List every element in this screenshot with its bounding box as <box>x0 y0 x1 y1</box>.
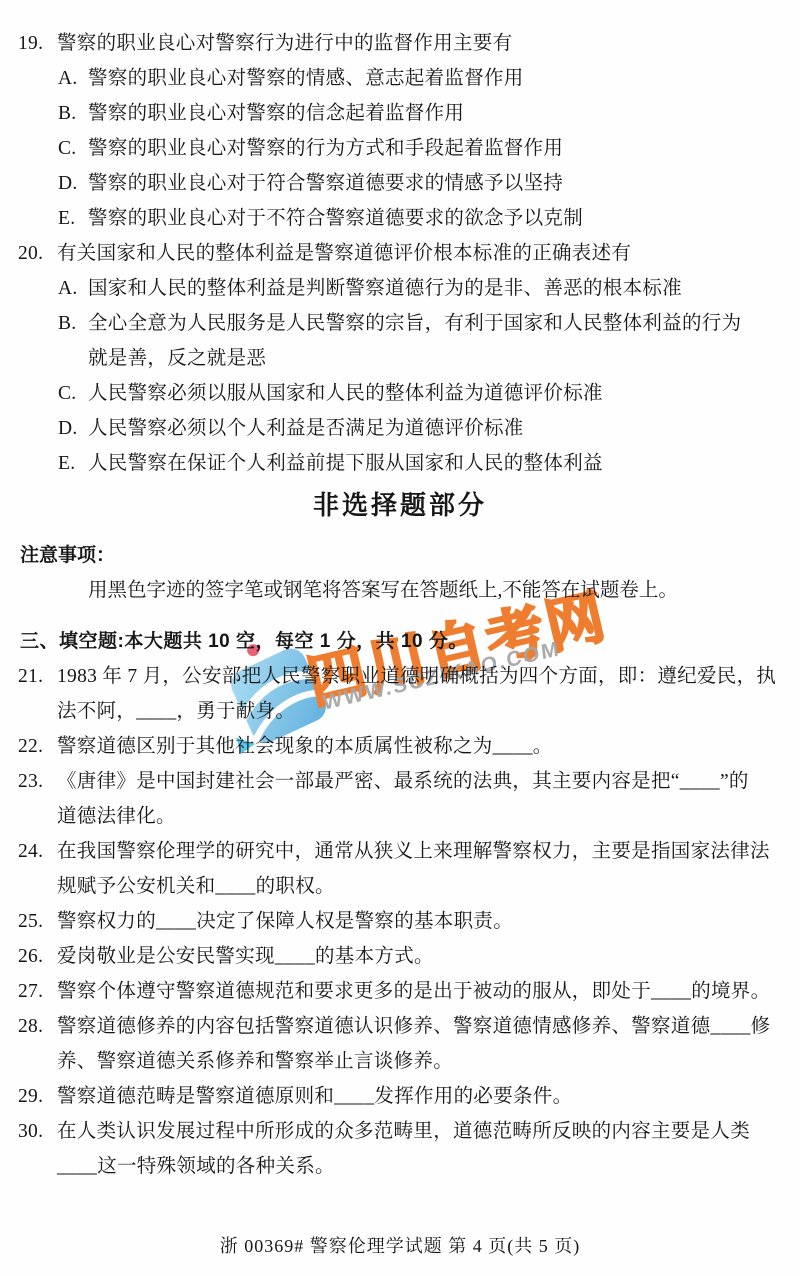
option-text: 警察的职业良心对警察的情感、意志起着监督作用 <box>88 61 524 96</box>
question-number: 22. <box>18 729 57 764</box>
option-line: D.警察的职业良心对于符合警察道德要求的情感予以坚持 <box>0 166 800 201</box>
question-text: 《唐律》是中国封建社会一部最严密、最系统的法典，其主要内容是把“____”的 <box>57 764 749 799</box>
question-number: 27. <box>18 974 57 1009</box>
question-text: 警察权力的____决定了保障人权是警察的基本职责。 <box>57 904 513 939</box>
option-letter: B. <box>58 96 88 131</box>
option-letter: B. <box>58 306 88 341</box>
question-line: 29.警察道德范畴是警察道德原则和____发挥作用的必要条件。 <box>0 1079 800 1114</box>
continuation-line: 养、警察道德关系修养和警察举止言谈修养。 <box>0 1044 800 1079</box>
option-text: 国家和人民的整体利益是判断警察道德行为的是非、善恶的根本标准 <box>88 271 682 306</box>
question-line: 27.警察个体遵守警察道德规范和要求更多的是出于被动的服从，即处于____的境界… <box>0 974 800 1009</box>
question-text: 警察道德修养的内容包括警察道德认识修养、警察道德情感修养、警察道德____修 <box>57 1009 770 1044</box>
option-letter: D. <box>58 411 88 446</box>
question-text: 爱岗敬业是公安民警实现____的基本方式。 <box>57 939 434 974</box>
question-line: 25.警察权力的____决定了保障人权是警察的基本职责。 <box>0 904 800 939</box>
continuation-text: ____这一特殊领域的各种关系。 <box>57 1149 335 1184</box>
exam-paper-page: 四川自考网 WWW.SCZIKAO.COM 19.警察的职业良心对警察行为进行中… <box>0 0 800 1276</box>
question-line: 22.警察道德区别于其他社会现象的本质属性被称之为____。 <box>0 729 800 764</box>
option-letter: C. <box>58 376 88 411</box>
option-line: E.警察的职业良心对于不符合警察道德要求的欲念予以克制 <box>0 201 800 236</box>
option-text: 警察的职业良心对于不符合警察道德要求的欲念予以克制 <box>88 201 583 236</box>
option-line: A.警察的职业良心对警察的情感、意志起着监督作用 <box>0 61 800 96</box>
document-content: 19.警察的职业良心对警察行为进行中的监督作用主要有A.警察的职业良心对警察的情… <box>0 0 800 1276</box>
question-number: 26. <box>18 939 57 974</box>
question-line: 21.1983 年 7 月，公安部把人民警察职业道德明确概括为四个方面，即：遵纪… <box>0 659 800 694</box>
question-number: 28. <box>18 1009 57 1044</box>
option-line: E.人民警察在保证个人利益前提下服从国家和人民的整体利益 <box>0 446 800 481</box>
question-number: 25. <box>18 904 57 939</box>
option-letter: E. <box>58 446 88 481</box>
notice-block: 注意事项： 用黑色字迹的签字笔或钢笔将答案写在答题纸上,不能答在试题卷上。 <box>0 538 800 608</box>
question-text: 警察道德区别于其他社会现象的本质属性被称之为____。 <box>57 729 553 764</box>
option-letter: A. <box>58 61 88 96</box>
continuation-text: 规赋予公安机关和____的职权。 <box>57 869 335 904</box>
option-line: A.国家和人民的整体利益是判断警察道德行为的是非、善恶的根本标准 <box>0 271 800 306</box>
continuation-line: 就是善，反之就是恶 <box>0 341 800 376</box>
question-line: 23.《唐律》是中国封建社会一部最严密、最系统的法典，其主要内容是把“____”… <box>0 764 800 799</box>
page-footer: 浙 00369# 警察伦理学试题 第 4 页(共 5 页) <box>0 1229 800 1264</box>
continuation-line: ____这一特殊领域的各种关系。 <box>0 1149 800 1184</box>
question-number: 29. <box>18 1079 57 1114</box>
question-line: 20.有关国家和人民的整体利益是警察道德评价根本标准的正确表述有 <box>0 236 800 271</box>
fill-in-blank-section-header: 三、填空题:本大题共 10 空，每空 1 分，共 10 分。 <box>0 624 800 659</box>
question-text: 在我国警察伦理学的研究中，通常从狭义上来理解警察权力，主要是指国家法律法 <box>57 834 770 869</box>
question-text: 警察的职业良心对警察行为进行中的监督作用主要有 <box>57 26 512 61</box>
question-line: 30.在人类认识发展过程中所形成的众多范畴里，道德范畴所反映的内容主要是人类 <box>0 1114 800 1149</box>
question-number: 19. <box>18 26 57 61</box>
option-text: 警察的职业良心对警察的行为方式和手段起着监督作用 <box>88 131 563 166</box>
continuation-line: 法不阿，____，勇于献身。 <box>0 694 800 729</box>
question-number: 20. <box>18 236 57 271</box>
section-title: 非选择题部分 <box>0 483 800 528</box>
option-text: 人民警察必须以服从国家和人民的整体利益为道德评价标准 <box>88 376 603 411</box>
continuation-text: 法不阿，____，勇于献身。 <box>57 694 295 729</box>
question-text: 警察道德范畴是警察道德原则和____发挥作用的必要条件。 <box>57 1079 572 1114</box>
option-line: C.警察的职业良心对警察的行为方式和手段起着监督作用 <box>0 131 800 166</box>
continuation-line: 道德法律化。 <box>0 799 800 834</box>
multiple-choice-block: 19.警察的职业良心对警察行为进行中的监督作用主要有A.警察的职业良心对警察的情… <box>0 0 800 481</box>
continuation-text: 道德法律化。 <box>57 799 176 834</box>
question-line: 19.警察的职业良心对警察行为进行中的监督作用主要有 <box>0 26 800 61</box>
question-text: 在人类认识发展过程中所形成的众多范畴里，道德范畴所反映的内容主要是人类 <box>57 1114 750 1149</box>
option-line: B.警察的职业良心对警察的信念起着监督作用 <box>0 96 800 131</box>
notice-text: 用黑色字迹的签字笔或钢笔将答案写在答题纸上,不能答在试题卷上。 <box>0 573 800 608</box>
option-letter: E. <box>58 201 88 236</box>
fill-in-blank-block: 21.1983 年 7 月，公安部把人民警察职业道德明确概括为四个方面，即：遵纪… <box>0 659 800 1184</box>
option-letter: D. <box>58 166 88 201</box>
option-line: B.全心全意为人民服务是人民警察的宗旨，有利于国家和人民整体利益的行为 <box>0 306 800 341</box>
continuation-text: 就是善，反之就是恶 <box>88 341 266 376</box>
question-line: 28.警察道德修养的内容包括警察道德认识修养、警察道德情感修养、警察道德____… <box>0 1009 800 1044</box>
option-text: 全心全意为人民服务是人民警察的宗旨，有利于国家和人民整体利益的行为 <box>88 306 741 341</box>
continuation-line: 规赋予公安机关和____的职权。 <box>0 869 800 904</box>
notice-heading: 注意事项： <box>0 538 800 573</box>
option-line: D.人民警察必须以个人利益是否满足为道德评价标准 <box>0 411 800 446</box>
question-text: 1983 年 7 月，公安部把人民警察职业道德明确概括为四个方面，即：遵纪爱民，… <box>57 659 776 694</box>
option-text: 警察的职业良心对于符合警察道德要求的情感予以坚持 <box>88 166 563 201</box>
question-number: 23. <box>18 764 57 799</box>
option-text: 人民警察必须以个人利益是否满足为道德评价标准 <box>88 411 524 446</box>
question-text: 有关国家和人民的整体利益是警察道德评价根本标准的正确表述有 <box>57 236 631 271</box>
question-text: 警察个体遵守警察道德规范和要求更多的是出于被动的服从，即处于____的境界。 <box>57 974 770 1009</box>
continuation-text: 养、警察道德关系修养和警察举止言谈修养。 <box>57 1044 453 1079</box>
question-number: 21. <box>18 659 57 694</box>
option-letter: A. <box>58 271 88 306</box>
question-line: 24.在我国警察伦理学的研究中，通常从狭义上来理解警察权力，主要是指国家法律法 <box>0 834 800 869</box>
question-line: 26.爱岗敬业是公安民警实现____的基本方式。 <box>0 939 800 974</box>
option-text: 人民警察在保证个人利益前提下服从国家和人民的整体利益 <box>88 446 603 481</box>
option-line: C.人民警察必须以服从国家和人民的整体利益为道德评价标准 <box>0 376 800 411</box>
question-number: 24. <box>18 834 57 869</box>
question-number: 30. <box>18 1114 57 1149</box>
option-text: 警察的职业良心对警察的信念起着监督作用 <box>88 96 464 131</box>
option-letter: C. <box>58 131 88 166</box>
